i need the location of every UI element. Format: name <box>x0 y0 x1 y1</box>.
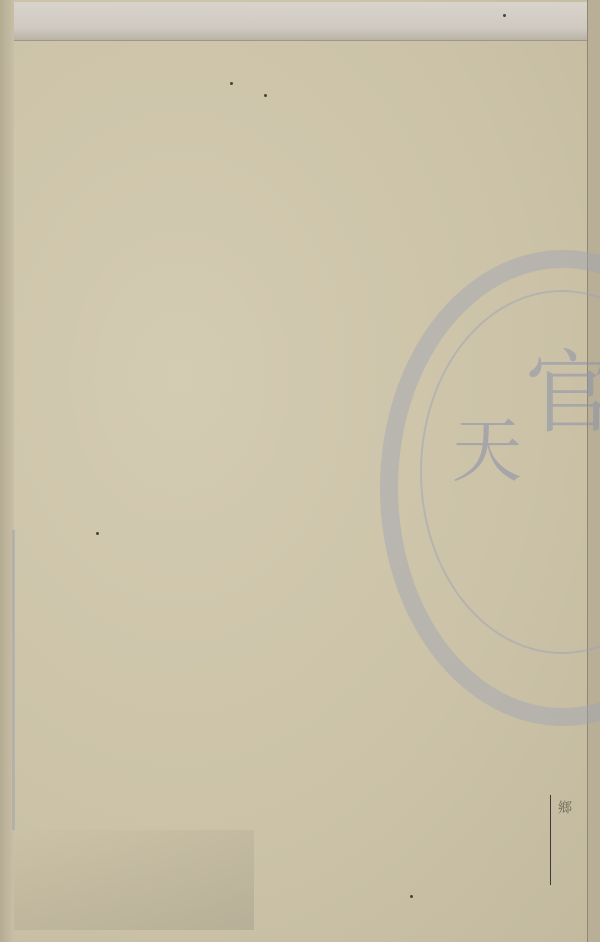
seal-stamp-glyph: 官 <box>525 320 600 450</box>
top-binding-strip <box>10 2 590 41</box>
margin-note: 鄉 <box>550 800 574 814</box>
paper-speck <box>230 82 233 85</box>
fold-line <box>12 530 15 830</box>
bleed-through-text-column <box>352 160 366 176</box>
paper-speck <box>503 14 506 17</box>
page-corner-shadow <box>14 830 254 930</box>
paper-speck <box>96 532 99 535</box>
seal-stamp-glyph: 天 <box>452 395 522 496</box>
document-page: 天 官 鄉 <box>0 0 600 942</box>
paper-speck <box>410 895 413 898</box>
paper-speck <box>264 94 267 97</box>
